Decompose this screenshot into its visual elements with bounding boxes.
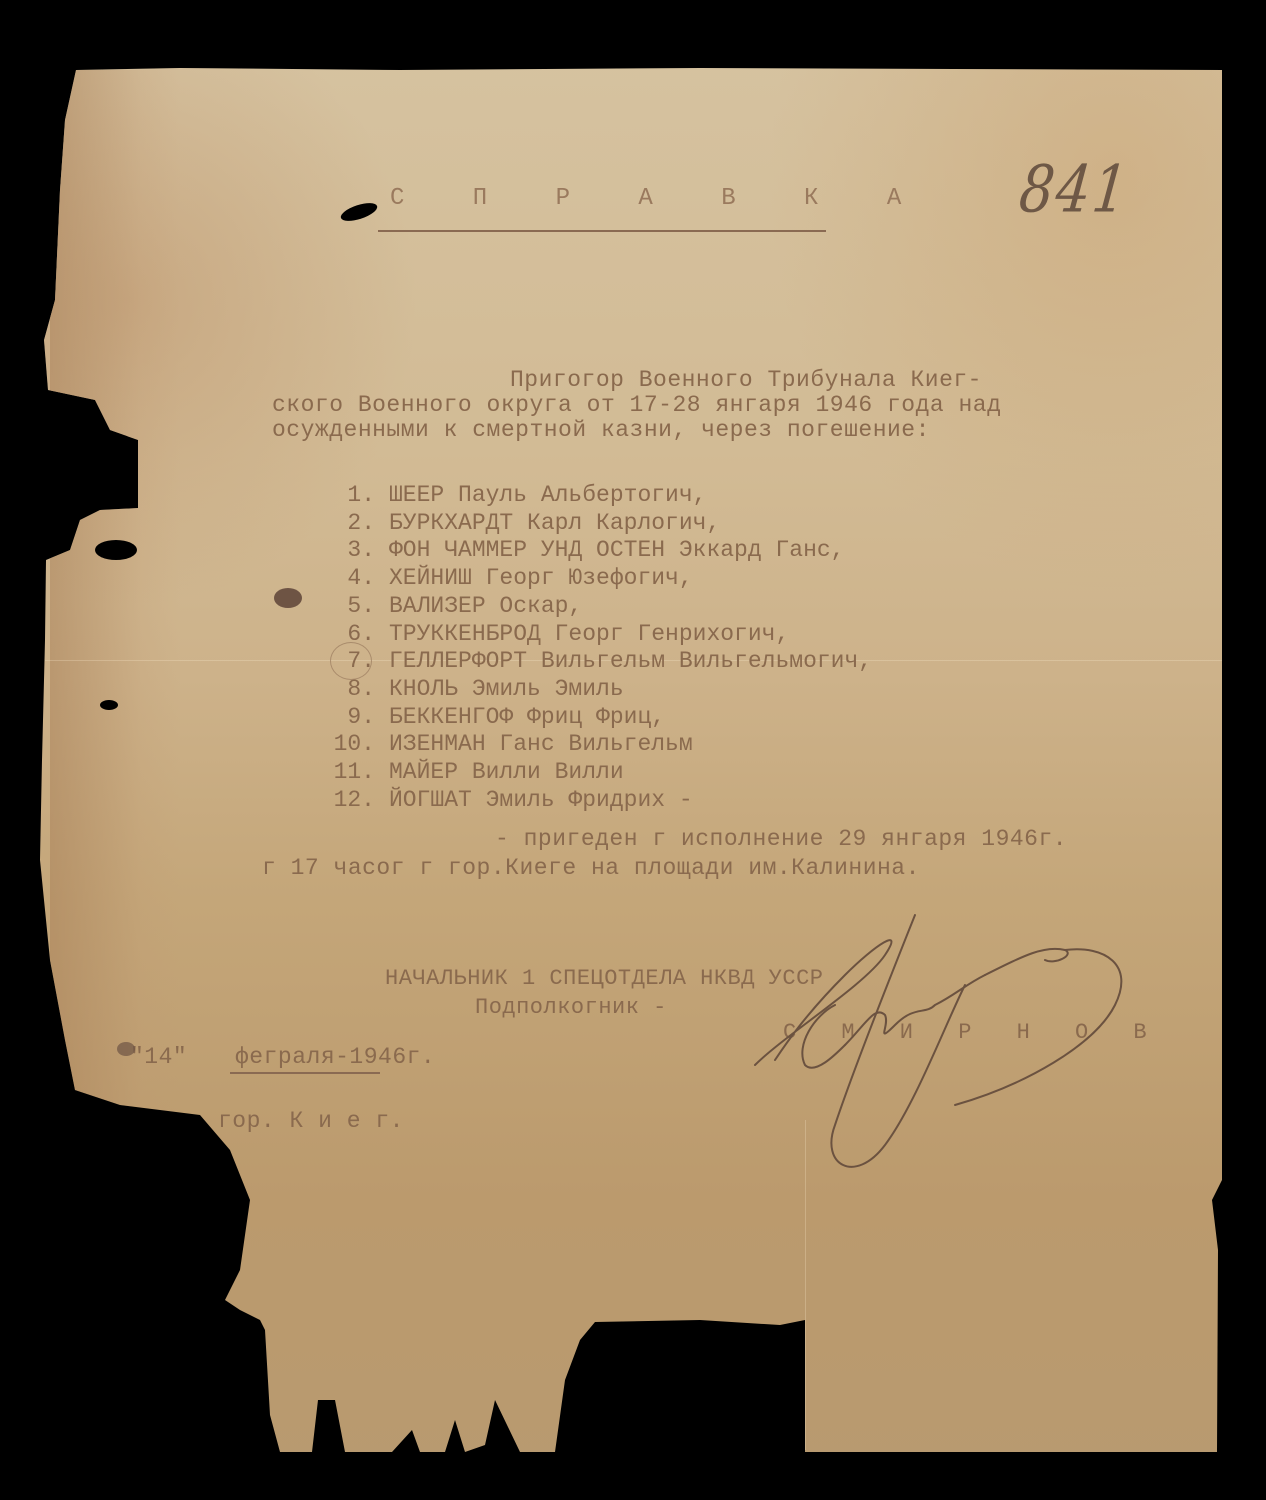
list-item: 12.ЙОГШАТ Эмиль Фридрих - [330,787,872,815]
handwritten-circle-mark [330,642,372,680]
paper-hole [100,700,118,710]
date-day: "14" [130,1044,187,1070]
list-item: 6.ТРУККЕНБРОД Георг Генрихогич, [330,621,872,649]
intro-line: Пригогор Военного Трибунала Киег- [510,367,982,393]
city: гор. К и е г. [218,1108,404,1134]
list-item: 8.КНОЛЬ Эмиль Эмиль [330,676,872,704]
folio-number: 841 [1016,152,1133,228]
intro-line: осужденными к смертной казни, через поге… [272,417,930,443]
execution-line: - пригеден г исполнение 29 янгаря 1946г. [495,826,1067,852]
stain-spot [40,1208,58,1242]
list-item: 3.ФОН ЧАММЕР УНД ОСТЕН Эккард Ганс, [330,537,872,565]
signatory-rank: Подполкогник - [475,995,667,1020]
edge-stain [50,70,180,1370]
document-title: С П Р А В К А [390,185,928,212]
list-item: 4.ХЕЙНИШ Георг Юзефогич, [330,565,872,593]
ink-blot [274,588,302,608]
list-item: 10.ИЗЕНМАН Ганс Вильгельм [330,731,872,759]
list-item: 2.БУРКХАРДТ Карл Карлогич, [330,510,872,538]
date-underline [230,1072,380,1074]
handwritten-signature [725,905,1145,1205]
date-month-year: феграля-1946г. [235,1044,435,1070]
intro-line: ского Военного округа от 17-28 янгаря 19… [272,392,1001,418]
list-item: 7.ГЕЛЛЕРФОРТ Вильгельм Вильгельмогич, [330,648,872,676]
paper-hole [95,540,137,560]
list-item: 9.БЕККЕНГОФ Фриц Фриц, [330,704,872,732]
document-paper: С П Р А В К А 841 Пригогор Военного Триб… [0,0,1266,1500]
execution-line: г 17 часог г гор.Киеге на площади им.Кал… [262,855,920,881]
paper-hole [339,199,379,224]
title-underline [378,230,826,232]
list-item: 5.ВАЛИЗЕР Оскар, [330,593,872,621]
list-item: 11.МАЙЕР Вилли Вилли [330,759,872,787]
ink-blot [117,1042,135,1056]
list-item: 1.ШЕЕР Пауль Альбертогич, [330,482,872,510]
convicted-list: 1.ШЕЕР Пауль Альбертогич, 2.БУРКХАРДТ Ка… [330,482,872,814]
